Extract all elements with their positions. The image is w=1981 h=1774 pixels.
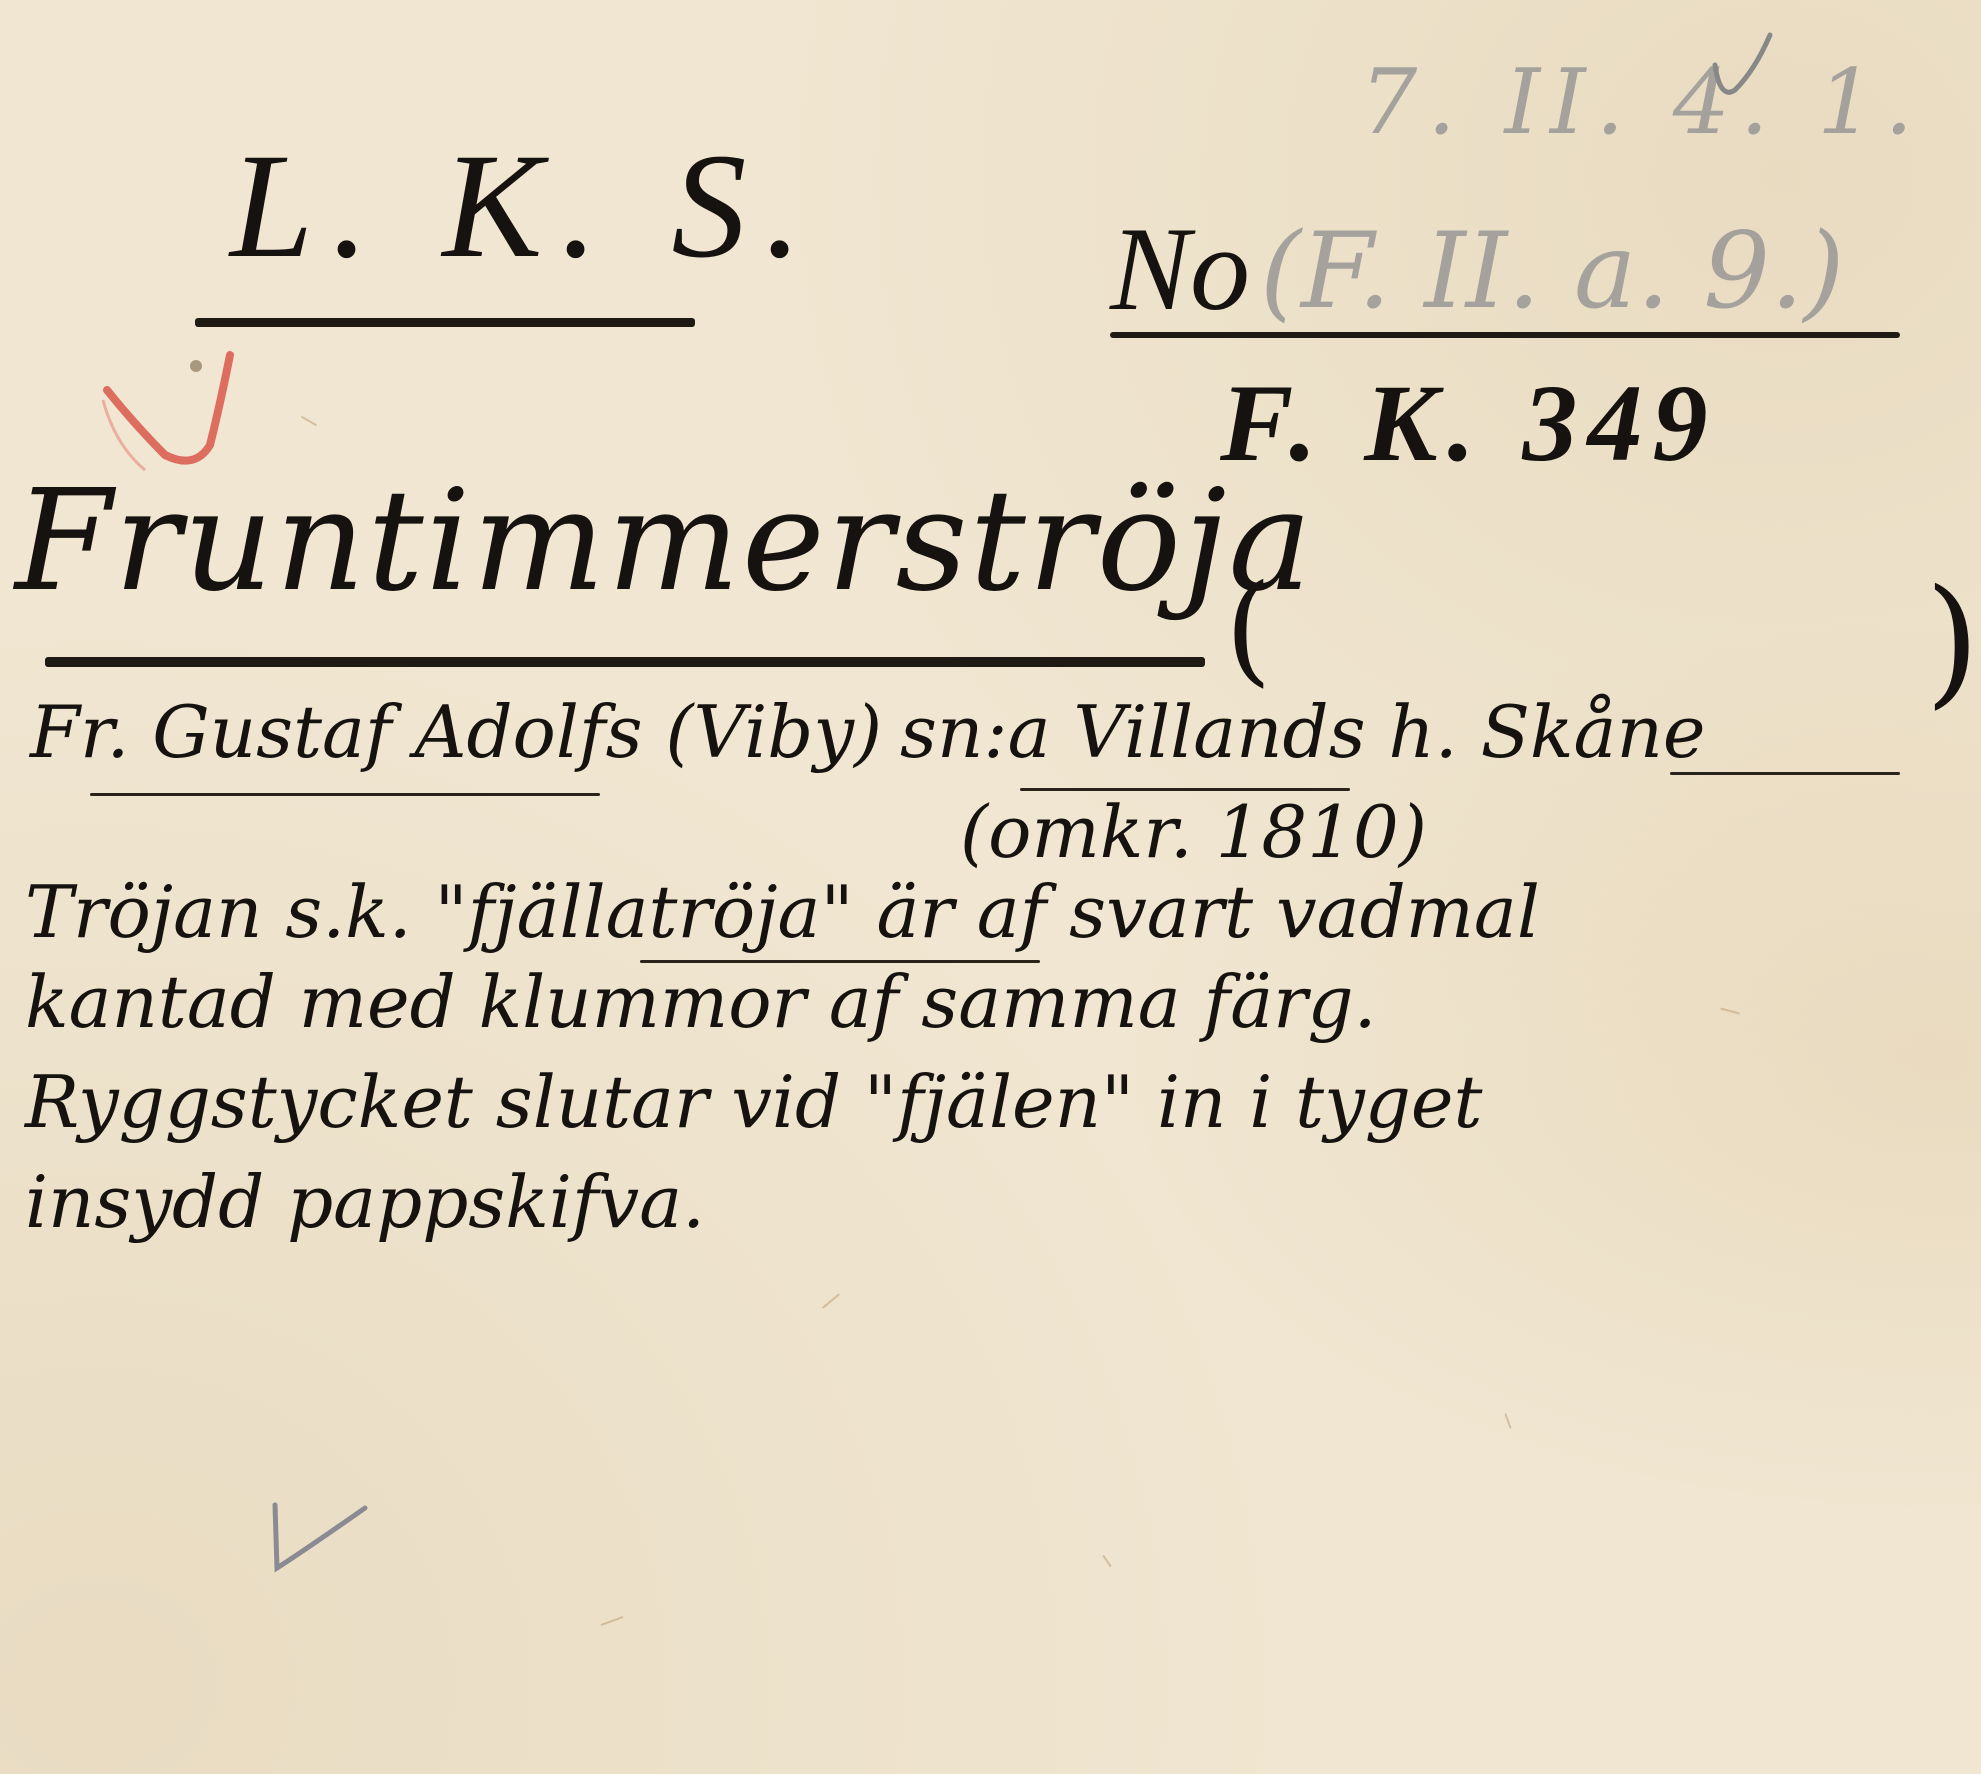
paper-fiber <box>822 1293 840 1309</box>
pencil-notation-top: 7. II. 4. 1. <box>1360 50 1923 155</box>
province-underline <box>1670 772 1900 775</box>
provenance-district: sn:a Villands h. Skåne <box>900 690 1705 774</box>
item-title: Fruntimmerströja <box>15 460 1314 623</box>
parish-underline <box>90 793 600 796</box>
paper-fiber <box>301 416 318 427</box>
catalogue-card: 7. II. 4. 1. L. K. S. No (F. II. a. 9.) … <box>0 0 1981 1774</box>
number-label-text: No <box>1110 202 1250 335</box>
number-label: No <box>1110 200 1250 338</box>
paper-fiber <box>600 1616 623 1626</box>
description-line: Ryggstycket slutar vid "fjälen" in i tyg… <box>25 1060 1482 1144</box>
description-line: Tröjan s.k. "fjällatröja" är af svart va… <box>25 870 1540 954</box>
provenance-date: (omkr. 1810) <box>960 790 1427 874</box>
pencil-shelfmark: (F. II. a. 9.) <box>1260 210 1844 332</box>
number-underline <box>1110 332 1900 338</box>
collection-mark-underline <box>195 318 695 327</box>
pencil-check-icon <box>265 1500 375 1600</box>
open-paren: ( <box>1225 560 1272 699</box>
title-underline <box>45 657 1205 667</box>
close-paren: ) <box>1925 560 1980 723</box>
paper-fiber <box>1102 1555 1112 1568</box>
paper-fiber <box>1504 1413 1511 1429</box>
paper-fiber <box>1720 1007 1740 1014</box>
provenance-parish: Fr. Gustaf Adolfs (Viby) <box>30 690 882 774</box>
pencil-check-icon <box>1710 30 1780 110</box>
description-line: kantad med klummor af samma färg. <box>25 960 1377 1044</box>
description-line: insydd pappskifva. <box>25 1160 705 1244</box>
collection-mark: L. K. S. <box>230 120 820 292</box>
